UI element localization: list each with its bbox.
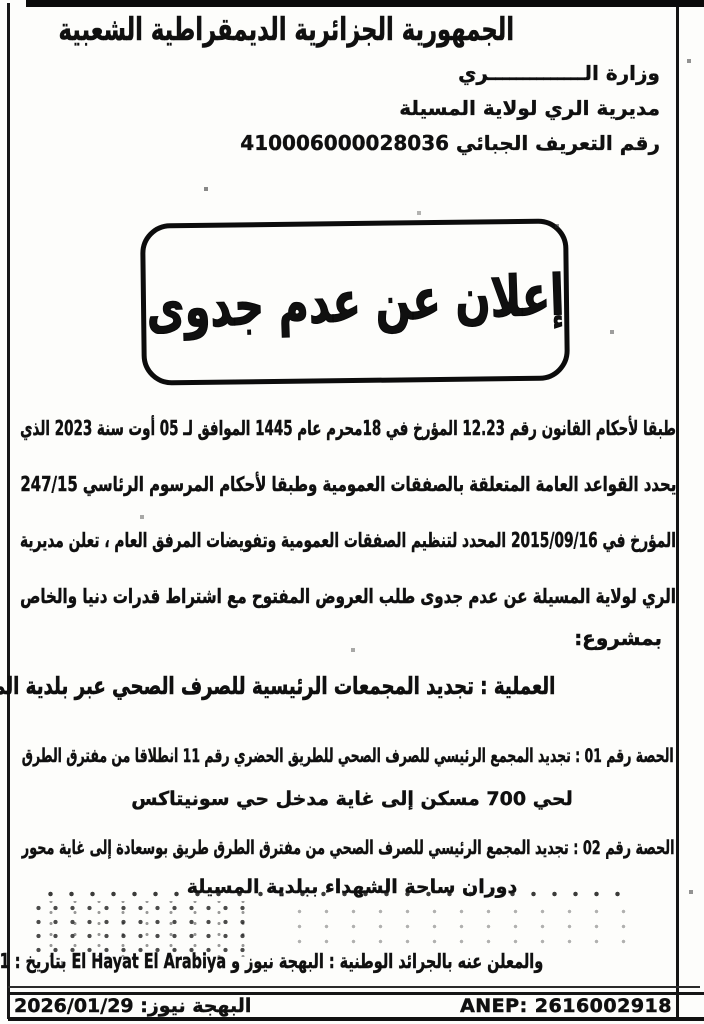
- body-line-3: المؤرخ في 2015/09/16 المحدد لتنظيم الصفق…: [20, 512, 676, 568]
- body-line-2-text: يحدد القواعد العامة المتعلقة بالصفقات ال…: [20, 456, 676, 512]
- body-paragraph: طبقا لأحكام القانون رقم 12.23 المؤرخ في …: [20, 400, 676, 662]
- body-line-3-text: المؤرخ في 2015/09/16 المحدد لتنظيم الصفق…: [20, 512, 676, 568]
- lot1-line2-text: لحي 700 مسكن إلى غاية مدخل حي سونيتاكس: [131, 780, 573, 818]
- body-line-4-text: الري لولاية المسيلة عن عدم جدوى طلب العر…: [20, 568, 676, 624]
- footer-publisher-date: البهجة نيوز: 2026/01/29: [14, 995, 251, 1017]
- republic-title: الجمهورية الجزائرية الديمقراطية الشعبية: [122, 12, 578, 46]
- body-line-1-text: طبقا لأحكام القانون رقم 12.23 المؤرخ في …: [20, 400, 676, 456]
- footer-anep-number: ANEP: 2616002918: [460, 995, 672, 1017]
- body-line-4: الري لولاية المسيلة عن عدم جدوى طلب العر…: [20, 568, 676, 624]
- lot1-description-line2: لحي 700 مسكن إلى غاية مدخل حي سونيتاكس: [120, 780, 584, 818]
- publication-line-text: والمعلن عنه بالجرائد الوطنية : البهجة ني…: [0, 942, 543, 980]
- notice-title-box: إعلان عن عدم جدوى: [140, 218, 570, 385]
- body-line-5: بمشروع:: [20, 618, 676, 662]
- ministry-name: وزارة الــــــــــــــري: [240, 56, 660, 91]
- scan-noise-dots-row: [36, 884, 622, 898]
- operation-heading: العملية : تجديد المجمعات الرئيسية للصرف …: [46, 662, 652, 710]
- right-frame-border: [676, 7, 679, 1018]
- body-line-5-text: بمشروع:: [574, 626, 662, 650]
- footer-bar: البهجة نيوز: 2026/01/29 ANEP: 2616002918: [8, 992, 704, 1021]
- scan-specks: [0, 0, 2, 2]
- footer-upper-rule: [8, 986, 700, 988]
- body-line-1: طبقا لأحكام القانون رقم 12.23 المؤرخ في …: [20, 400, 676, 456]
- publication-line: والمعلن عنه بالجرائد الوطنية : البهجة ني…: [34, 942, 664, 980]
- lot1-description-line1: الحصة رقم 01 : تجديد المجمع الرئيسي للصر…: [22, 734, 674, 778]
- republic-title-text: الجمهورية الجزائرية الديمقراطية الشعبية: [59, 11, 515, 48]
- lot2-description-line1: الحصة رقم 02 : تجديد المجمع الرئيسي للصر…: [22, 826, 674, 870]
- lot2-line1-text: الحصة رقم 02 : تجديد المجمع الرئيسي للصر…: [21, 826, 674, 870]
- tax-id-line: رقم التعريف الجبائي 410006000028036: [240, 126, 660, 161]
- notice-title: إعلان عن عدم جدوى: [145, 263, 565, 342]
- scanned-tender-notice-page: الجمهورية الجزائرية الديمقراطية الشعبية …: [0, 0, 704, 1024]
- operation-heading-text: العملية : تجديد المجمعات الرئيسية للصرف …: [0, 662, 555, 710]
- issuing-authority-block: وزارة الــــــــــــــري مديرية الري لول…: [240, 56, 660, 161]
- directorate-name: مديرية الري لولاية المسيلة: [240, 91, 660, 126]
- top-frame-border: [26, 0, 704, 7]
- lot1-line1-text: الحصة رقم 01 : تجديد المجمع الرئيسي للصر…: [22, 734, 674, 778]
- body-line-2: يحدد القواعد العامة المتعلقة بالصفقات ال…: [20, 456, 676, 512]
